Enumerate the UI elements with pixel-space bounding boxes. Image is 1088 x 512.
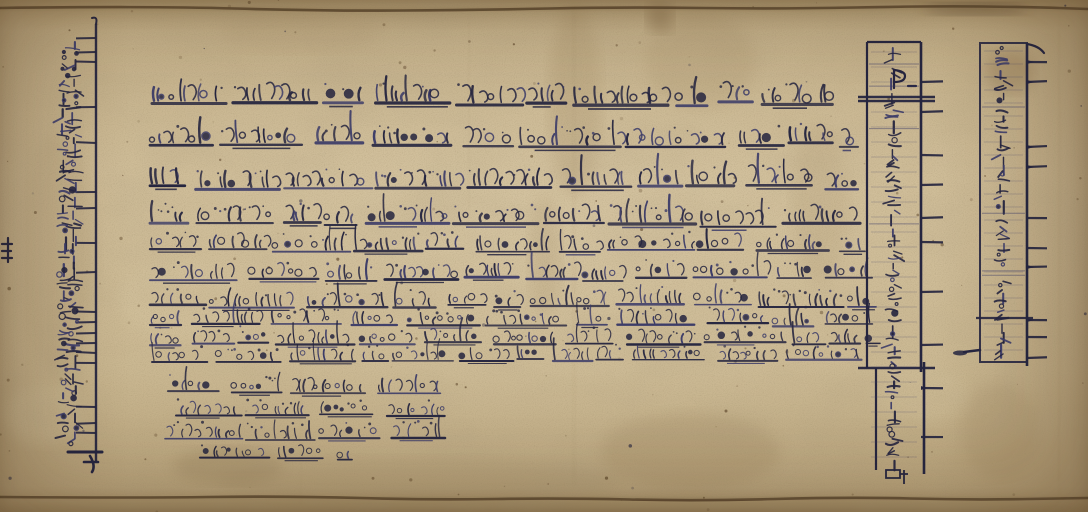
manuscript-artwork bbox=[0, 0, 1088, 512]
ruler-tick bbox=[76, 61, 96, 62]
ruler-tick bbox=[76, 423, 96, 424]
ruler-tick bbox=[76, 311, 96, 312]
ruler-tick bbox=[921, 111, 943, 112]
ruler-tick bbox=[1027, 357, 1047, 358]
ruler-tick bbox=[921, 81, 943, 82]
manuscript-photo bbox=[0, 0, 1088, 512]
ruler-tick bbox=[76, 272, 96, 273]
ruler-tick bbox=[76, 142, 96, 143]
ruler-tick bbox=[76, 52, 96, 53]
ruler-tick bbox=[76, 322, 96, 323]
ruler-tick bbox=[921, 217, 943, 218]
